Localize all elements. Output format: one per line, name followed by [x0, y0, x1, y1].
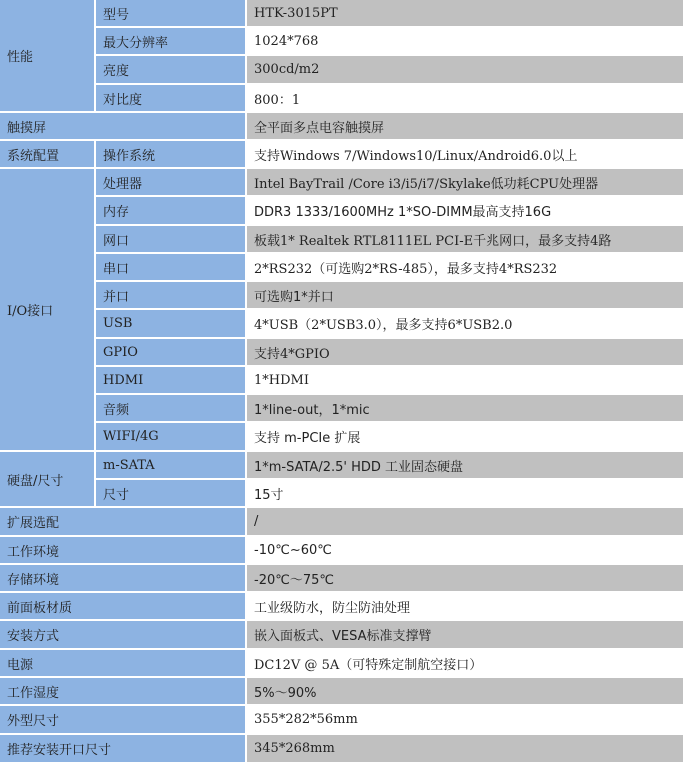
table-row: 系统配置 操作系统 支持Windows 7/Windows10/Linux/An… [0, 141, 685, 169]
row-label: 前面板材质 [0, 593, 247, 621]
row-value: 支持4*GPIO [247, 339, 685, 367]
row-value: 工业级防水，防尘防油处理 [247, 593, 685, 621]
row-value: 1*m-SATA/2.5' HDD 工业固态硬盘 [247, 452, 685, 480]
row-label: USB [96, 310, 247, 339]
table-row: 尺寸 15寸 [0, 480, 685, 508]
row-label: m-SATA [96, 452, 247, 480]
table-row: WIFI/4G 支持 m-PCIe 扩展 [0, 423, 685, 452]
row-label: GPIO [96, 339, 247, 367]
table-row: 前面板材质 工业级防水，防尘防油处理 [0, 593, 685, 621]
row-value: 1*HDMI [247, 367, 685, 395]
row-value: 5%～90% [247, 678, 685, 706]
table-row: 安装方式 嵌入面板式、VESA标准支撑臂 [0, 621, 685, 650]
row-label: 音频 [96, 395, 247, 423]
row-value: 345*268mm [247, 735, 685, 763]
row-label: 内存 [96, 197, 247, 226]
table-row: 推荐安装开口尺寸 345*268mm [0, 735, 685, 763]
table-row: 串口 2*RS232（可选购2*RS-485），最多支持4*RS232 [0, 254, 685, 282]
table-row: 外型尺寸 355*282*56mm [0, 706, 685, 735]
row-value: 板载1* Realtek RTL8111EL PCI-E千兆网口，最多支持4路 [247, 226, 685, 254]
row-value: 15寸 [247, 480, 685, 508]
row-label: 电源 [0, 650, 247, 678]
table-row: GPIO 支持4*GPIO [0, 339, 685, 367]
row-value: 355*282*56mm [247, 706, 685, 735]
row-value: -20℃～75℃ [247, 565, 685, 593]
row-label: 工作环境 [0, 537, 247, 565]
row-value: 300cd/m2 [247, 56, 685, 85]
row-label: 网口 [96, 226, 247, 254]
table-row: 亮度 300cd/m2 [0, 56, 685, 85]
row-label: 对比度 [96, 85, 247, 113]
row-value: HTK-3015PT [247, 0, 685, 28]
category-touchscreen: 触摸屏 [0, 113, 247, 141]
row-value: 2*RS232（可选购2*RS-485），最多支持4*RS232 [247, 254, 685, 282]
table-row: 内存 DDR3 1333/1600MHz 1*SO-DIMM最高支持16G [0, 197, 685, 226]
row-label: 外型尺寸 [0, 706, 247, 735]
row-value: -10℃~60℃ [247, 537, 685, 565]
table-row: 最大分辨率 1024*768 [0, 28, 685, 56]
row-value: 全平面多点电容触摸屏 [247, 113, 685, 141]
row-value: DDR3 1333/1600MHz 1*SO-DIMM最高支持16G [247, 197, 685, 226]
table-row: 网口 板载1* Realtek RTL8111EL PCI-E千兆网口，最多支持… [0, 226, 685, 254]
row-label: 扩展选配 [0, 508, 247, 537]
category-performance: 性能 [0, 0, 96, 113]
category-storage: 硬盘/尺寸 [0, 452, 96, 508]
table-row: 性能 型号 HTK-3015PT [0, 0, 685, 28]
table-row: USB 4*USB（2*USB3.0），最多支持6*USB2.0 [0, 310, 685, 339]
row-label: 处理器 [96, 169, 247, 197]
row-label: HDMI [96, 367, 247, 395]
row-value: 800：1 [247, 85, 685, 113]
row-label: 尺寸 [96, 480, 247, 508]
row-label: WIFI/4G [96, 423, 247, 452]
row-label: 并口 [96, 282, 247, 310]
row-label: 亮度 [96, 56, 247, 85]
row-label: 操作系统 [96, 141, 247, 169]
row-label: 串口 [96, 254, 247, 282]
table-row: 工作环境 -10℃~60℃ [0, 537, 685, 565]
row-value: 4*USB（2*USB3.0），最多支持6*USB2.0 [247, 310, 685, 339]
category-system: 系统配置 [0, 141, 96, 169]
row-value: 1*line-out，1*mic [247, 395, 685, 423]
row-label: 推荐安装开口尺寸 [0, 735, 247, 763]
row-value: / [247, 508, 685, 537]
row-label: 存储环境 [0, 565, 247, 593]
table-row: 对比度 800：1 [0, 85, 685, 113]
row-label: 安装方式 [0, 621, 247, 650]
row-value: 支持Windows 7/Windows10/Linux/Android6.0以上 [247, 141, 685, 169]
row-value: 支持 m-PCIe 扩展 [247, 423, 685, 452]
row-value: 嵌入面板式、VESA标准支撑臂 [247, 621, 685, 650]
table-row: 电源 DC12V @ 5A（可特殊定制航空接口） [0, 650, 685, 678]
row-value: 可选购1*并口 [247, 282, 685, 310]
category-io: I/O接口 [0, 169, 96, 452]
table-row: I/O接口 处理器 Intel BayTrail /Core i3/i5/i7/… [0, 169, 685, 197]
table-row: 工作湿度 5%～90% [0, 678, 685, 706]
table-row: 音频 1*line-out，1*mic [0, 395, 685, 423]
table-row: 硬盘/尺寸 m-SATA 1*m-SATA/2.5' HDD 工业固态硬盘 [0, 452, 685, 480]
row-value: Intel BayTrail /Core i3/i5/i7/Skylake低功耗… [247, 169, 685, 197]
table-row: 扩展选配 / [0, 508, 685, 537]
table-row: HDMI 1*HDMI [0, 367, 685, 395]
row-label: 型号 [96, 0, 247, 28]
row-label: 最大分辨率 [96, 28, 247, 56]
table-row: 并口 可选购1*并口 [0, 282, 685, 310]
row-label: 工作湿度 [0, 678, 247, 706]
row-value: DC12V @ 5A（可特殊定制航空接口） [247, 650, 685, 678]
row-value: 1024*768 [247, 28, 685, 56]
table-row: 触摸屏 全平面多点电容触摸屏 [0, 113, 685, 141]
table-row: 存储环境 -20℃～75℃ [0, 565, 685, 593]
spec-table: 性能 型号 HTK-3015PT 最大分辨率 1024*768 亮度 300cd… [0, 0, 685, 763]
